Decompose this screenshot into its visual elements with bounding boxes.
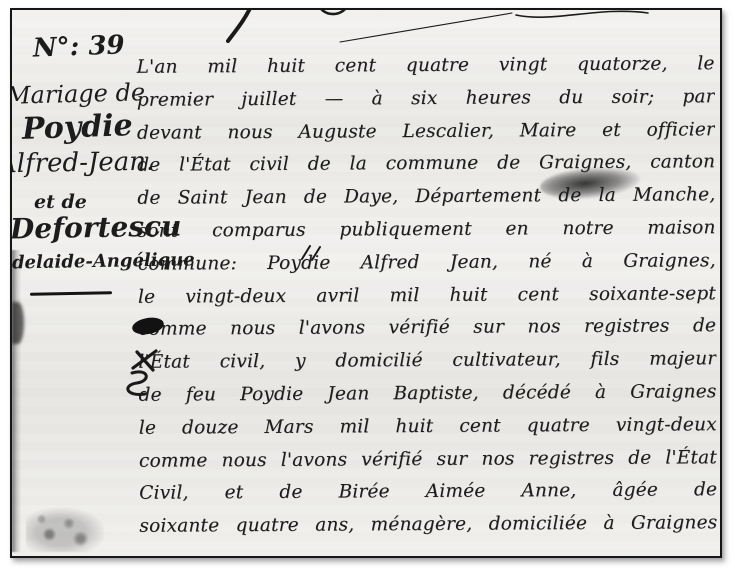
act-line: soixante quatre ans, ménagère, domicilié… [139,507,717,543]
act-line: comme nous l'avons vérifié sur nos regis… [139,442,717,478]
act-line: Civil, et de Birée Aimée Anne, âgée de [139,475,717,511]
act-line: devant nous Auguste Lescalier, Maire et … [137,114,715,150]
act-line: sont comparus publiquement en notre mais… [138,212,716,248]
act-text: L'an mil huit cent quatre vingt quatorze… [137,48,718,543]
margin-line-mariage-de: Mariage de [10,78,145,110]
record-number: N°: 39 [33,30,126,63]
act-line: L'an mil huit cent quatre vingt quatorze… [137,48,715,84]
margin-groom-surname: Poydie [21,108,133,147]
signature-flourish-hairline [340,13,512,42]
act-line: commune: Poydie Alfred Jean, né à Graign… [138,245,716,281]
edge-ink-smudge [12,302,24,344]
act-line: de feu Poydie Jean Baptiste, décédé à Gr… [139,376,717,412]
margin-line-et-de: et de [34,191,87,213]
signature-flourish-wave [516,11,648,17]
document-scan: N°: 39 Mariage de Poydie Alfred-Jean. et… [10,8,722,558]
signature-flourish-loop [318,10,349,14]
act-line: l'État civil, y domicilié cultivateur, f… [138,343,716,379]
act-line: comme nous l'avons vérifié sur nos regis… [138,311,716,347]
act-line: premier juillet — à six heures du soir; … [137,81,715,117]
page-edge-shadow [12,250,21,552]
act-line: le vingt-deux avril mil huit cent soixan… [138,278,716,314]
screenshot-canvas: N°: 39 Mariage de Poydie Alfred-Jean. et… [0,0,735,568]
margin-groom-firstnames: Alfred-Jean. [10,147,155,180]
act-line: le douze Mars mil huit cent quatre vingt… [139,409,717,445]
margin-underline [30,291,112,295]
corner-stain [26,508,104,552]
signature-flourish-stroke [228,10,252,41]
